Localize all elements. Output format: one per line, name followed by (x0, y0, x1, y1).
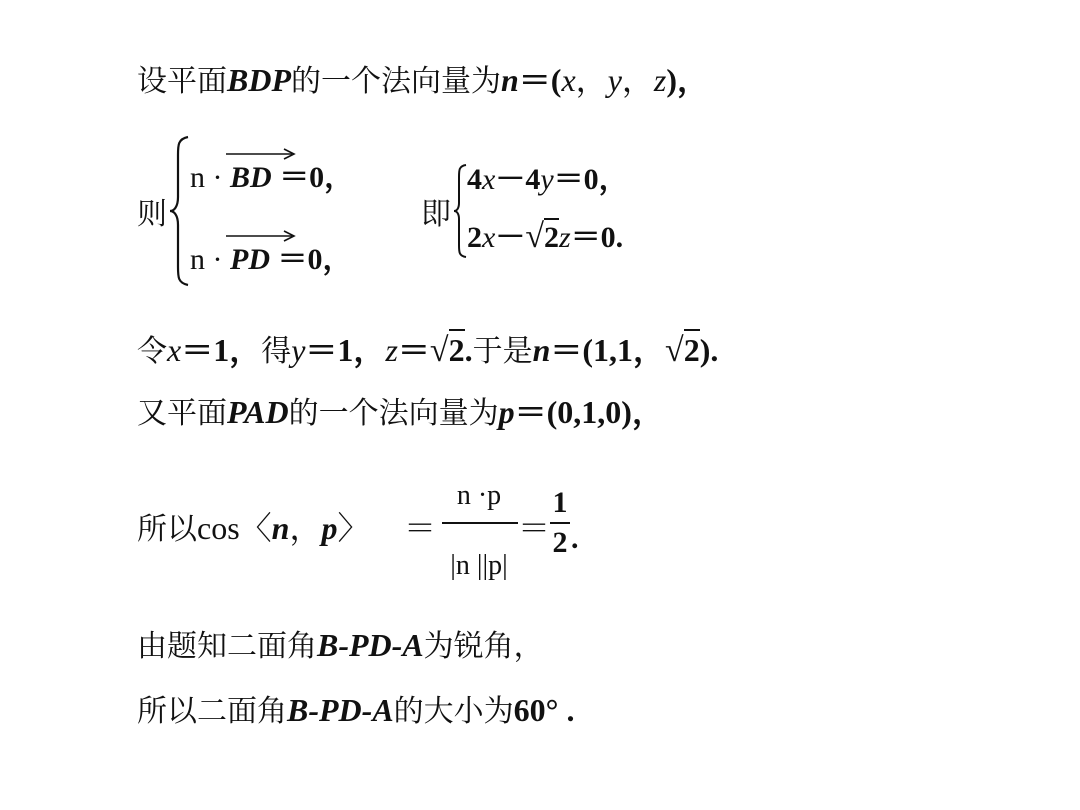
text: )， (666, 62, 709, 98)
text: ＝0， (272, 161, 355, 194)
text: ＝0， (270, 243, 353, 276)
var-y: y (540, 163, 553, 196)
text: ). (700, 332, 719, 368)
var-y: y (291, 332, 305, 368)
equation-row: 2x－√2z＝0. (467, 217, 623, 258)
angle-label: B-PD-A (317, 627, 424, 663)
text: ， (576, 62, 608, 98)
text: ＝(1,1， (550, 332, 665, 368)
text: · (205, 161, 230, 194)
vector-arrow-icon (226, 230, 296, 242)
sqrt: √2 (665, 330, 700, 371)
var-y: y (608, 62, 622, 98)
conclusion-line: 所以二面角B-PD-A的大小为60° . (137, 690, 574, 732)
normal-vector-pad-line: 又平面PAD的一个法向量为p＝(0,1,0)， (137, 392, 664, 434)
text: 于是 (473, 334, 533, 369)
left-brace-icon (168, 135, 190, 287)
sqrt: √2 (525, 217, 559, 258)
text: ＝( (519, 62, 562, 98)
text: 2 (449, 329, 465, 368)
plane-label: PAD (227, 394, 289, 430)
vector-n: n (501, 62, 519, 98)
vector-p: p (499, 394, 515, 430)
text: 2 (544, 218, 559, 254)
radical-icon: √ (430, 332, 449, 369)
text: 4 (467, 163, 482, 196)
text: ， (289, 510, 321, 546)
text: 的一个法向量为 (291, 64, 501, 99)
vector-arrow-icon (226, 148, 296, 160)
angle-value: 60° (514, 692, 559, 728)
text: 由题知二面角 (137, 629, 317, 664)
text: . (558, 692, 574, 728)
text: ＝ (398, 332, 430, 368)
text: . (571, 522, 579, 556)
vector-pd: PD (230, 240, 270, 280)
fraction-numerator: 1 (549, 486, 571, 520)
var-z: z (385, 332, 397, 368)
fraction-denominator: |n ||p| (436, 548, 522, 584)
var-x: x (482, 163, 495, 196)
text: ＝1， (305, 332, 385, 368)
equation-row: 4x－4y＝0， (467, 160, 629, 200)
text: BD (230, 161, 272, 194)
var-x: x (561, 62, 575, 98)
text: PD (230, 243, 270, 276)
text: 令 (137, 334, 167, 369)
text: n (190, 243, 205, 276)
cosine-lead: 所以cos〈n，p〉 (137, 508, 370, 550)
text: －4 (495, 163, 540, 196)
text: 则 (137, 195, 167, 235)
angle-label: B-PD-A (287, 692, 394, 728)
fraction-numerator: n ·p (440, 478, 518, 514)
text: － (495, 221, 525, 254)
vector-n: n (533, 332, 551, 368)
text: . (465, 332, 473, 368)
sqrt: √2 (430, 330, 465, 371)
radical-icon: √ (665, 332, 684, 369)
text: · (205, 243, 230, 276)
text: 的大小为 (394, 694, 514, 729)
text: 又平面 (137, 396, 227, 431)
plane-label: BDP (227, 62, 291, 98)
vector-p: p (321, 510, 337, 546)
text: 所以 (137, 512, 197, 547)
text: ＝0. (571, 221, 624, 254)
var-z: z (654, 62, 666, 98)
vector-bd: BD (230, 158, 272, 198)
fraction-bar (442, 522, 518, 524)
text: ＝0， (554, 163, 629, 196)
var-x: x (167, 332, 181, 368)
text: ＝(0,1,0)， (515, 394, 664, 430)
text: 2 (467, 221, 482, 254)
text: 的一个法向量为 (289, 396, 499, 431)
var-x: x (482, 221, 495, 254)
text: cos (197, 510, 240, 546)
var-z: z (559, 221, 571, 254)
text: ＝ (404, 508, 436, 548)
text: 〉 (337, 510, 369, 546)
text: ＝1， (181, 332, 261, 368)
left-brace-icon (452, 163, 468, 259)
text: 为锐角， (424, 629, 544, 664)
text: 得 (261, 334, 291, 369)
text: 设平面 (137, 64, 227, 99)
text: 所以二面角 (137, 694, 287, 729)
fraction-bar (550, 522, 570, 524)
text: 〈 (240, 510, 272, 546)
fraction-denominator: 2 (549, 526, 571, 560)
text: 即 (421, 195, 451, 235)
text: 2 (684, 329, 700, 368)
normal-vector-bdp-line: 设平面BDP的一个法向量为n＝(x，y，z)， (137, 60, 709, 102)
text: ＝ (518, 508, 550, 548)
radical-icon: √ (525, 218, 544, 255)
text: n (190, 161, 205, 194)
acute-angle-line: 由题知二面角B-PD-A为锐角， (137, 625, 544, 667)
vector-n: n (272, 510, 290, 546)
equation-row: n · BD ＝0， (190, 158, 354, 198)
solve-line: 令x＝1，得y＝1，z＝√2.于是n＝(1,1，√2). (137, 330, 718, 372)
equation-row: n · PD ＝0， (190, 240, 353, 280)
text: ， (622, 62, 654, 98)
